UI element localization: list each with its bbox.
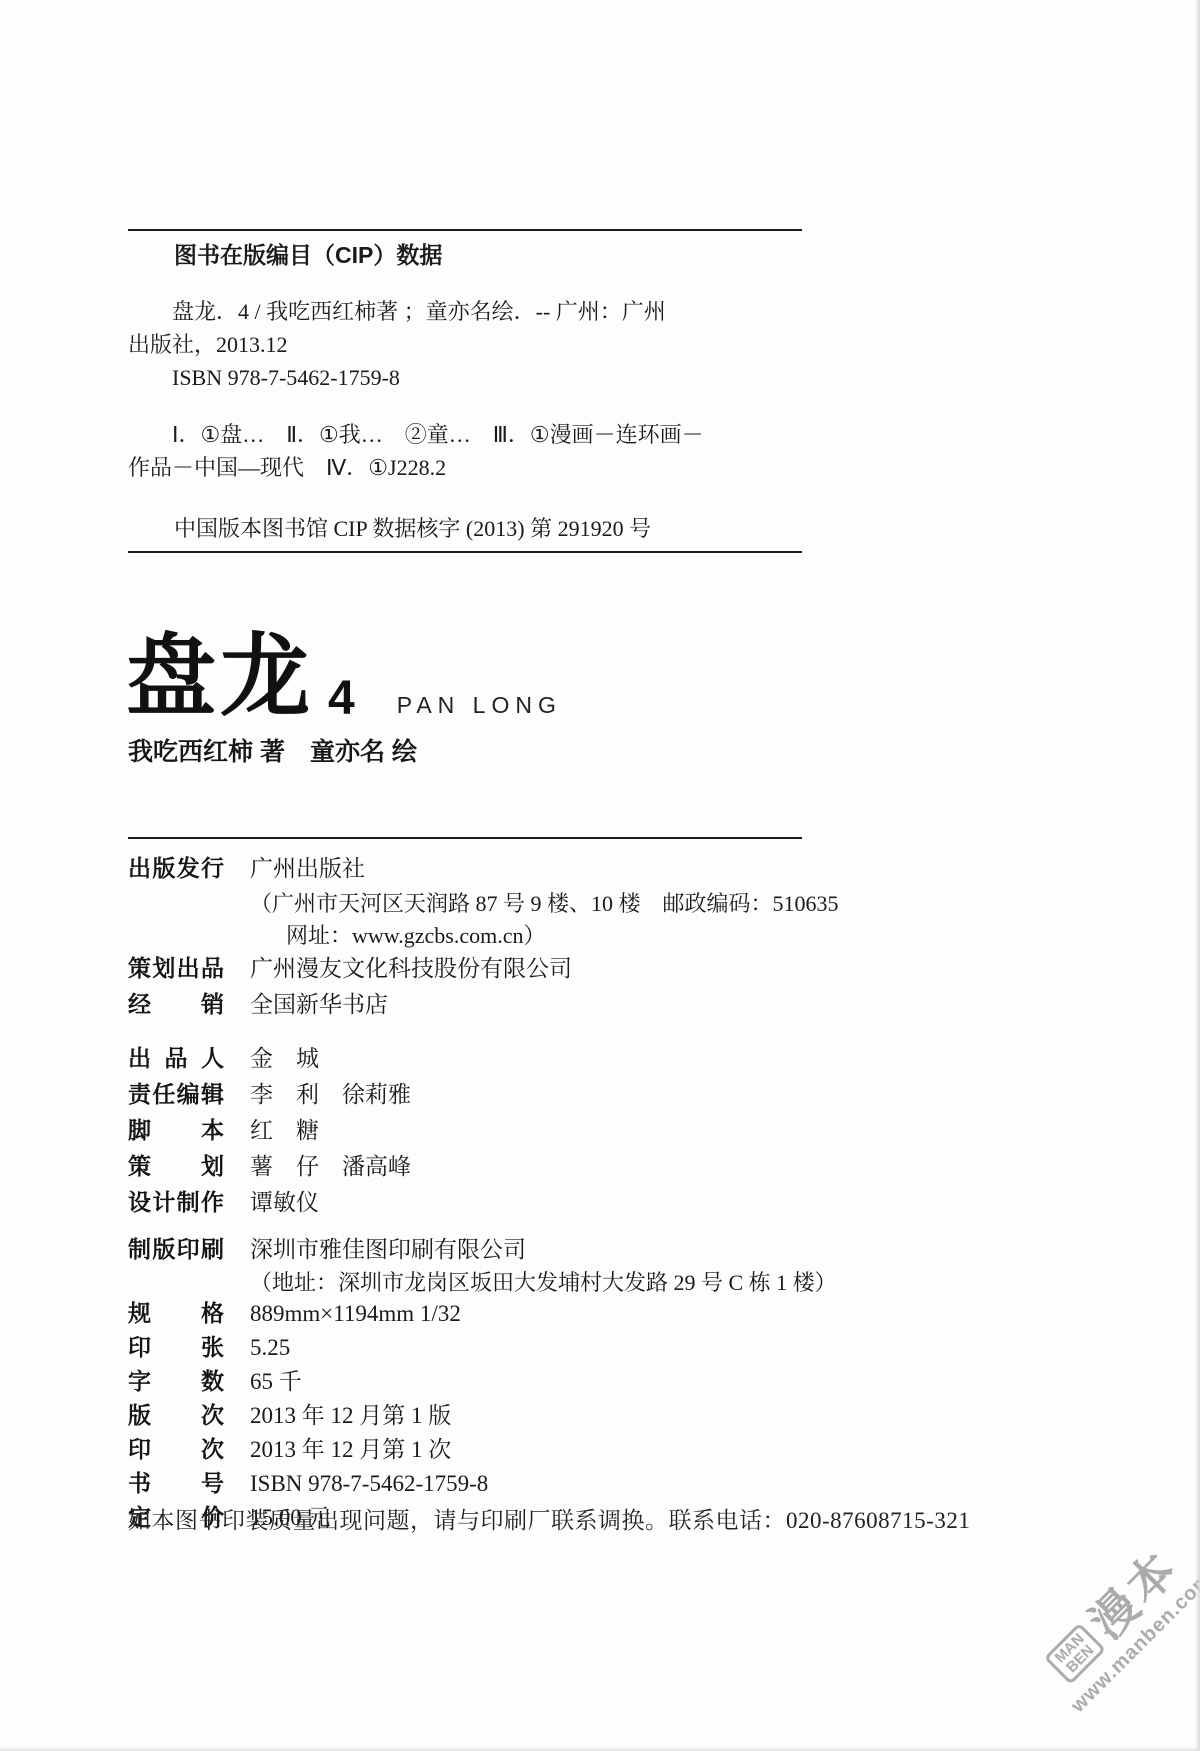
- cip-entry-paragraph: 盘龙．4 / 我吃西红柿著 ；童亦名绘．-- 广州：广州 出版社，2013.12…: [128, 295, 848, 394]
- cip-isbn-line: ISBN 978-7-5462-1759-8: [128, 361, 848, 394]
- manben-watermark: MAN BEN 漫本 www.manben.com: [1015, 1516, 1200, 1732]
- cip-block: 图书在版编目（CIP）数据 盘龙．4 / 我吃西红柿著 ；童亦名绘．-- 广州：…: [128, 240, 848, 545]
- detail-label: 出品人: [128, 1042, 224, 1074]
- detail-value: 2013 年 12 月第 1 次: [250, 1437, 451, 1462]
- cip-classification-paragraph: Ⅰ．①盘… Ⅱ．①我… ②童… Ⅲ．①漫画－连环画－ 作品－中国—现代 Ⅳ．①J…: [128, 418, 848, 484]
- detail-label: 责任编辑: [128, 1078, 224, 1110]
- copyright-page: { "cip": { "heading": "图书在版编目（CIP）数据", "…: [0, 0, 1200, 1751]
- detail-value: 广州漫友文化科技股份有限公司: [250, 956, 572, 981]
- detail-value: 金 城: [250, 1046, 319, 1071]
- detail-row: 出版发行广州出版社: [128, 852, 1108, 888]
- title-bottom-rule: [128, 837, 802, 839]
- detail-row: 制版印刷深圳市雅佳图印刷有限公司: [128, 1234, 1108, 1268]
- detail-row: 规格889mm×1194mm 1/32: [128, 1298, 1108, 1332]
- detail-label: 经销: [128, 988, 224, 1020]
- detail-label: 规格: [128, 1298, 224, 1328]
- detail-row: 策划出品广州漫友文化科技股份有限公司: [128, 952, 1108, 988]
- detail-extra-line: （广州市天河区天润路 87 号 9 楼、10 楼 邮政编码：510635: [128, 888, 1108, 920]
- detail-label: 书号: [128, 1468, 224, 1498]
- detail-label: 制版印刷: [128, 1234, 224, 1264]
- book-title-pinyin: PAN LONG: [397, 690, 562, 720]
- detail-value: ISBN 978-7-5462-1759-8: [250, 1471, 488, 1496]
- detail-value: 红 糖: [250, 1118, 319, 1143]
- detail-extra-line: （地址：深圳市龙岗区坂田大发埔村大发路 29 号 C 栋 1 楼）: [128, 1268, 1108, 1298]
- cip-bottom-rule: [128, 551, 802, 553]
- cip-heading: 图书在版编目（CIP）数据: [128, 240, 848, 270]
- detail-value: 深圳市雅佳图印刷有限公司: [250, 1237, 526, 1262]
- detail-group: 出版发行广州出版社（广州市天河区天润路 87 号 9 楼、10 楼 邮政编码：5…: [128, 852, 1108, 1024]
- detail-row: 书号ISBN 978-7-5462-1759-8: [128, 1468, 1108, 1502]
- cip-class-line1: Ⅰ．①盘… Ⅱ．①我… ②童… Ⅲ．①漫画－连环画－: [128, 418, 848, 451]
- detail-value: 889mm×1194mm 1/32: [250, 1301, 461, 1326]
- detail-label: 印张: [128, 1332, 224, 1362]
- detail-row: 责任编辑李 利 徐莉雅: [128, 1078, 1108, 1114]
- detail-label: 设计制作: [128, 1186, 224, 1218]
- cip-class-line2: 作品－中国—现代 Ⅳ．①J228.2: [128, 451, 848, 484]
- detail-group: 出品人金 城责任编辑李 利 徐莉雅脚本红 糖策划薯 仔 潘高峰设计制作谭敏仪: [128, 1042, 1108, 1222]
- detail-value: 谭敏仪: [250, 1190, 319, 1215]
- detail-value: 5.25: [250, 1335, 290, 1360]
- detail-label: 策划出品: [128, 952, 224, 984]
- book-volume-number: 4: [328, 674, 355, 724]
- detail-value: 薯 仔 潘高峰: [250, 1154, 411, 1179]
- detail-row: 字数65 千: [128, 1366, 1108, 1400]
- detail-row: 经销全国新华书店: [128, 988, 1108, 1024]
- detail-value: 2013 年 12 月第 1 版: [250, 1403, 451, 1428]
- detail-row: 印次2013 年 12 月第 1 次: [128, 1434, 1108, 1468]
- detail-row: 印张5.25: [128, 1332, 1108, 1366]
- cip-record-line: 中国版本图书馆 CIP 数据核字 (2013) 第 291920 号: [128, 512, 848, 545]
- detail-group: 制版印刷深圳市雅佳图印刷有限公司（地址：深圳市龙岗区坂田大发埔村大发路 29 号…: [128, 1234, 1108, 1536]
- detail-label: 出版发行: [128, 852, 224, 884]
- detail-extra-line: 网址：www.gzcbs.com.cn）: [128, 920, 1108, 952]
- details-list: 出版发行广州出版社（广州市天河区天润路 87 号 9 楼、10 楼 邮政编码：5…: [128, 852, 1108, 1536]
- detail-row: 策划薯 仔 潘高峰: [128, 1150, 1108, 1186]
- detail-value: 全国新华书店: [250, 992, 388, 1017]
- cip-entry-line1: 盘龙．4 / 我吃西红柿著 ；童亦名绘．-- 广州：广州: [128, 295, 848, 328]
- book-title-cn: 盘龙: [126, 630, 314, 724]
- print-quality-notice: 如本图书印装质量出现问题，请与印刷厂联系调换。联系电话：020-87608715…: [128, 1506, 970, 1536]
- detail-label: 策划: [128, 1150, 224, 1182]
- scan-edge-bottom: [0, 1747, 1200, 1751]
- detail-label: 字数: [128, 1366, 224, 1396]
- detail-row: 版次2013 年 12 月第 1 版: [128, 1400, 1108, 1434]
- scan-edge-right: [1195, 0, 1200, 1751]
- detail-label: 脚本: [128, 1114, 224, 1146]
- detail-row: 设计制作谭敏仪: [128, 1186, 1108, 1222]
- detail-value: 李 利 徐莉雅: [250, 1082, 411, 1107]
- cip-entry-line2: 出版社，2013.12: [128, 328, 848, 361]
- authors-line: 我吃西红柿 著 童亦名 绘: [128, 736, 417, 768]
- detail-value: 广州出版社: [250, 856, 365, 881]
- detail-row: 脚本红 糖: [128, 1114, 1108, 1150]
- detail-label: 印次: [128, 1434, 224, 1464]
- detail-row: 出品人金 城: [128, 1042, 1108, 1078]
- book-title-block: 盘龙 4 PAN LONG: [126, 630, 562, 724]
- detail-label: 版次: [128, 1400, 224, 1430]
- detail-value: 65 千: [250, 1369, 302, 1394]
- cip-top-rule: [128, 229, 802, 231]
